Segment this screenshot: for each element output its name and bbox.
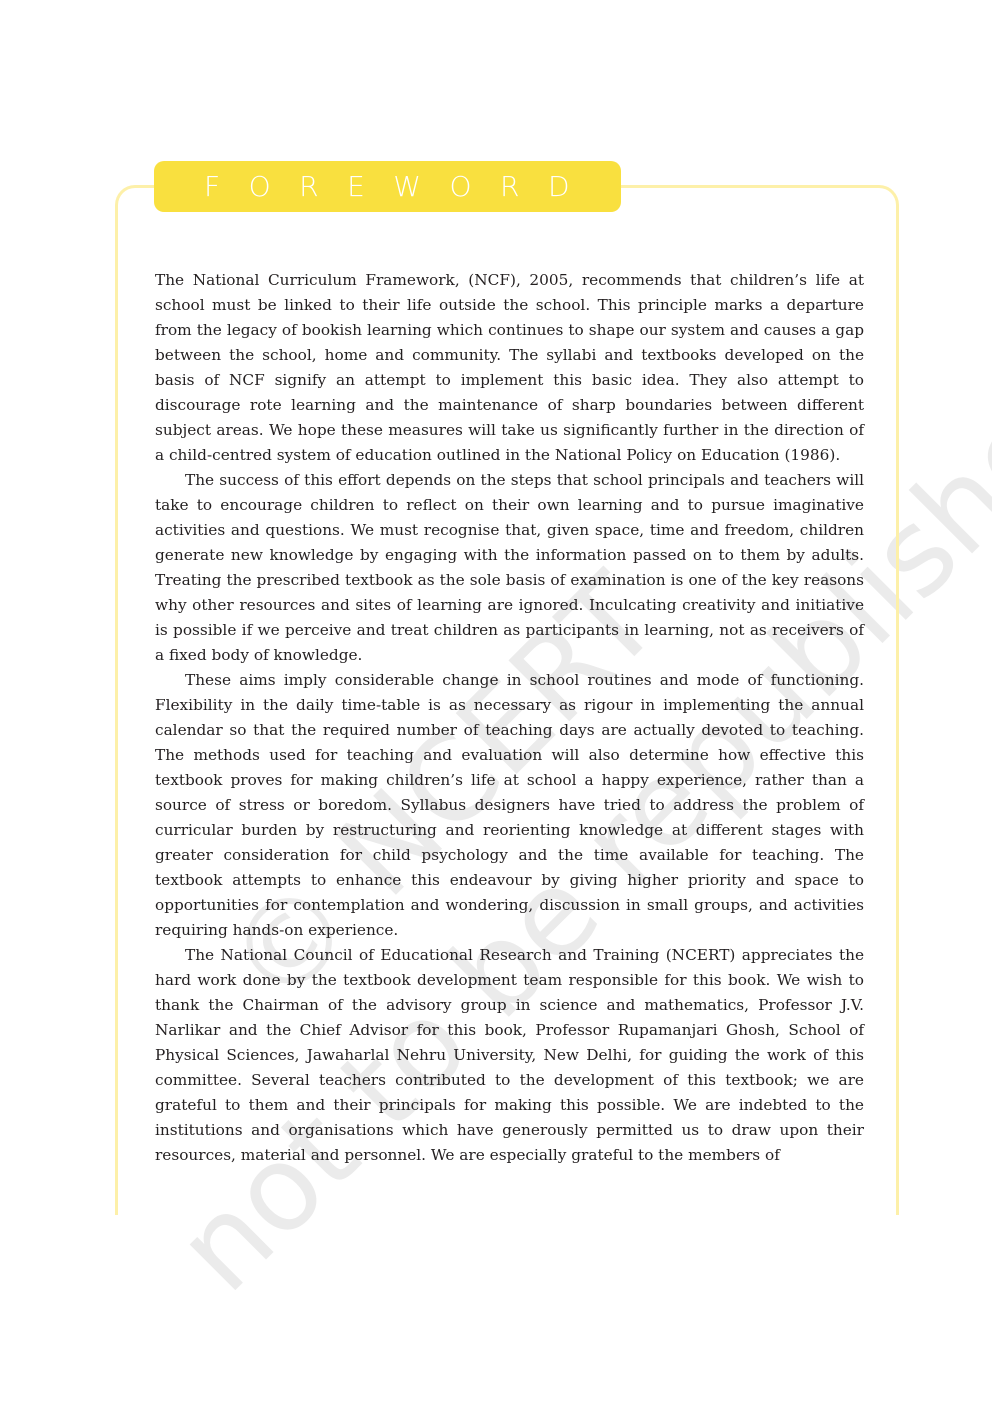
paragraph-1: The National Curriculum Framework, (NCF)…	[155, 268, 864, 468]
paragraph-2: The success of this effort depends on th…	[155, 468, 864, 668]
foreword-body: The National Curriculum Framework, (NCF)…	[155, 268, 864, 1168]
section-title: FOREWORD	[204, 173, 598, 201]
section-title-banner: FOREWORD	[154, 161, 621, 212]
paragraph-3: These aims imply considerable change in …	[155, 668, 864, 943]
paragraph-4: The National Council of Educational Rese…	[155, 943, 864, 1168]
